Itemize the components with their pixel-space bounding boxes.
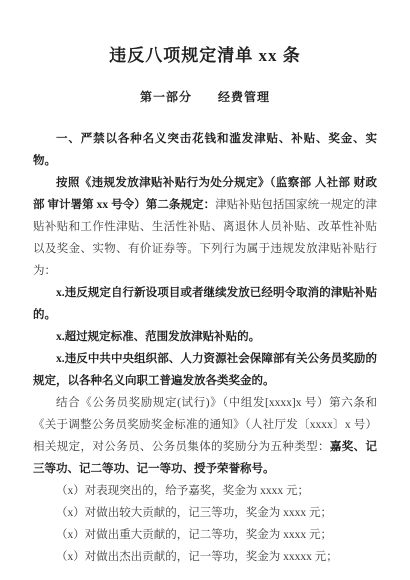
text-segment: （x）对做出重大贡献的，记二等功，奖金为 xxxx 元；: [56, 529, 332, 541]
text-segment: （x）对做出杰出贡献的，记一等功，奖金为 xxxxx 元；: [56, 551, 338, 563]
paragraph: （x）对做出重大贡献的，记二等功，奖金为 xxxx 元；: [33, 524, 377, 546]
bold-text-segment: x.违反规定自行新设项目或者继续发放已经明令取消的津贴补贴的。: [33, 287, 377, 321]
paragraph: x.违反中共中央组织部、人力资源社会保障部有关公务员奖励的规定，以各种名义向职工…: [33, 348, 377, 392]
text-segment: （x）对做出较大贡献的，记三等功，奖金为 xxxx 元；: [56, 507, 332, 519]
paragraph: （x）对表现突出的，给予嘉奖，奖金为 xxxx 元；: [33, 480, 377, 502]
bold-text-segment: x.超过规定标准、范围发放津贴补贴的。: [56, 331, 260, 343]
document-body: 一、严禁以各种名义突击花钱和滥发津贴、补贴、奖金、实物。按照《违规发放津贴补贴行…: [33, 128, 377, 568]
document-title: 违反八项规定清单 xx 条: [33, 44, 377, 68]
text-segment: （x）对表现突出的，给予嘉奖，奖金为 xxxx 元；: [56, 485, 309, 497]
paragraph: 一、严禁以各种名义突击花钱和滥发津贴、补贴、奖金、实物。: [33, 128, 377, 172]
paragraph: （x）对做出杰出贡献的，记一等功，奖金为 xxxxx 元；: [33, 546, 377, 568]
paragraph: 结合《公务员奖励规定(试行)》（中组发[xxxx]x 号）第六条和《关于调整公务…: [33, 392, 377, 480]
paragraph: 按照《违规发放津贴补贴行为处分规定》（监察部 人社部 财政部 审计署第 xx 号…: [33, 172, 377, 282]
section-heading: 第一部分 经费管理: [33, 89, 377, 105]
paragraph: （x）对做出较大贡献的，记三等功，奖金为 xxxx 元；: [33, 502, 377, 524]
bold-text-segment: x.违反中共中央组织部、人力资源社会保障部有关公务员奖励的规定，以各种名义向职工…: [33, 353, 377, 387]
paragraph: x.违反规定自行新设项目或者继续发放已经明令取消的津贴补贴的。: [33, 282, 377, 326]
paragraph: x.超过规定标准、范围发放津贴补贴的。: [33, 326, 377, 348]
bold-text-segment: 一、严禁以各种名义突击花钱和滥发津贴、补贴、奖金、实物。: [33, 133, 377, 167]
text-segment: 结合《公务员奖励规定(试行)》（中组发[xxxx]x 号）第六条和《关于调整公务…: [33, 397, 377, 453]
document-page: 违反八项规定清单 xx 条 第一部分 经费管理 一、严禁以各种名义突击花钱和滥发…: [0, 0, 410, 580]
